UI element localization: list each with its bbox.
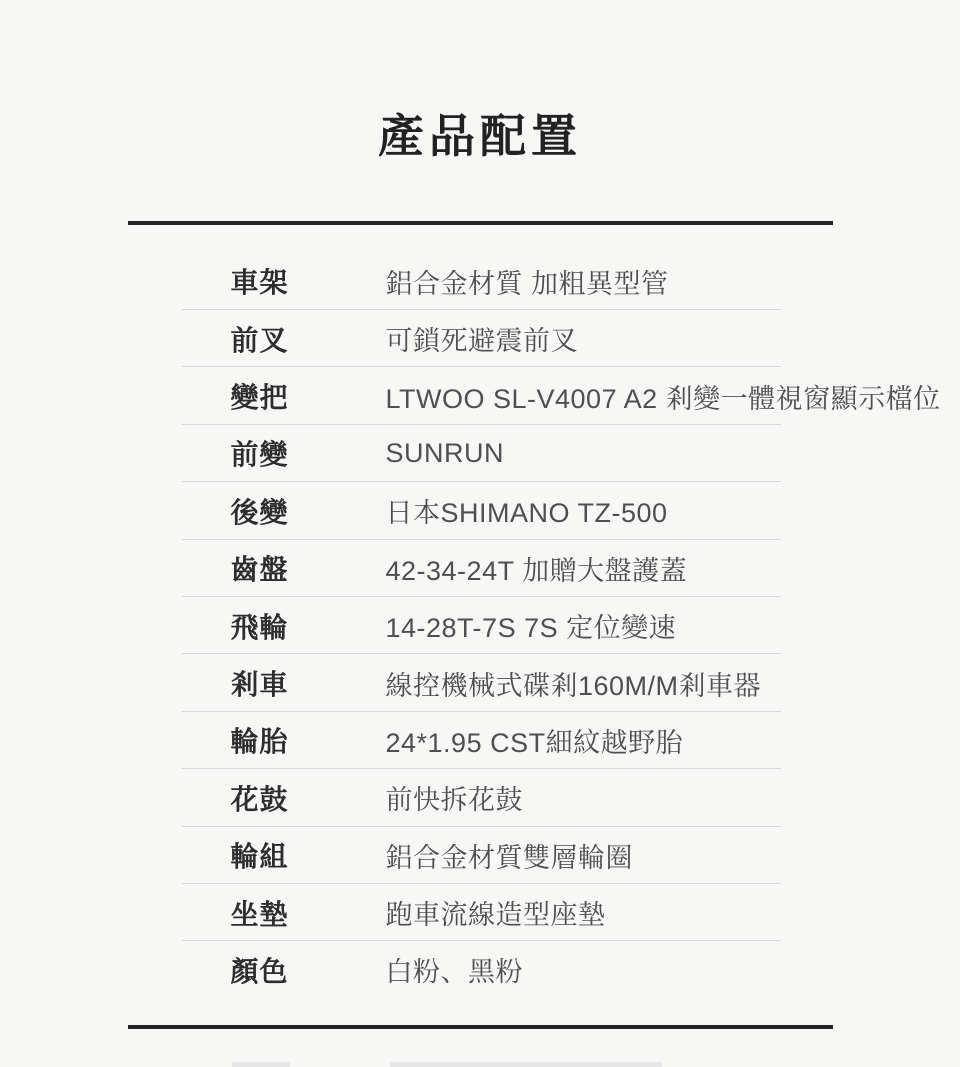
cutoff-content-right	[390, 1062, 662, 1067]
spec-label: 車架	[231, 261, 386, 301]
spec-row: 飛輪 14-28T-7S 7S 定位變速	[128, 597, 833, 654]
spec-row: 齒盤 42-34-24T 加贈大盤護蓋	[128, 540, 833, 597]
spec-label: 齒盤	[231, 548, 386, 588]
spec-value: 線控機械式碟剎160M/M剎車器	[386, 664, 762, 703]
spec-value: 可鎖死避震前叉	[386, 319, 579, 358]
page-title: 產品配置	[0, 31, 960, 167]
spec-row: 剎車 線控機械式碟剎160M/M剎車器	[128, 654, 833, 711]
cutoff-content-left	[232, 1062, 290, 1067]
spec-table: 車架 鋁合金材質 加粗異型管 前叉 可鎖死避震前叉 變把 LTWOO SL-V4…	[128, 221, 833, 1029]
spec-value: 42-34-24T 加贈大盤護蓋	[386, 549, 688, 588]
spec-value: LTWOO SL-V4007 A2 剎變一體視窗顯示檔位	[386, 377, 941, 416]
spec-label: 前叉	[231, 319, 386, 359]
spec-label: 花鼓	[231, 778, 386, 818]
spec-label: 剎車	[231, 663, 386, 703]
spec-value: 24*1.95 CST細紋越野胎	[386, 721, 684, 760]
spec-row: 花鼓 前快拆花鼓	[128, 769, 833, 826]
spec-label: 前變	[231, 433, 386, 473]
spec-value: 鋁合金材質雙層輪圈	[386, 836, 634, 875]
spec-value: 跑車流線造型座墊	[386, 893, 606, 932]
spec-label: 輪胎	[231, 720, 386, 760]
spec-value: 鋁合金材質 加粗異型管	[386, 262, 669, 301]
spec-row: 坐墊 跑車流線造型座墊	[128, 884, 833, 941]
spec-value: 白粉、黑粉	[386, 950, 524, 989]
spec-label: 變把	[231, 376, 386, 416]
spec-label: 坐墊	[231, 893, 386, 933]
spec-row: 後變 日本SHIMANO TZ-500	[128, 482, 833, 539]
spec-value: 14-28T-7S 7S 定位變速	[386, 606, 677, 645]
spec-label: 輪組	[231, 835, 386, 875]
spec-row: 輪組 鋁合金材質雙層輪圈	[128, 827, 833, 884]
spec-value: 日本SHIMANO TZ-500	[386, 491, 668, 530]
spec-value: 前快拆花鼓	[386, 778, 524, 817]
spec-row: 輪胎 24*1.95 CST細紋越野胎	[128, 712, 833, 769]
spec-row: 車架 鋁合金材質 加粗異型管	[128, 253, 833, 310]
spec-label: 顏色	[231, 950, 386, 990]
spec-label: 飛輪	[231, 606, 386, 646]
spec-row: 變把 LTWOO SL-V4007 A2 剎變一體視窗顯示檔位	[128, 367, 833, 424]
spec-row: 前變 SUNRUN	[128, 425, 833, 482]
spec-row: 顏色 白粉、黑粉	[128, 941, 833, 998]
spec-value: SUNRUN	[386, 438, 505, 469]
spec-row: 前叉 可鎖死避震前叉	[128, 310, 833, 367]
spec-label: 後變	[231, 491, 386, 531]
